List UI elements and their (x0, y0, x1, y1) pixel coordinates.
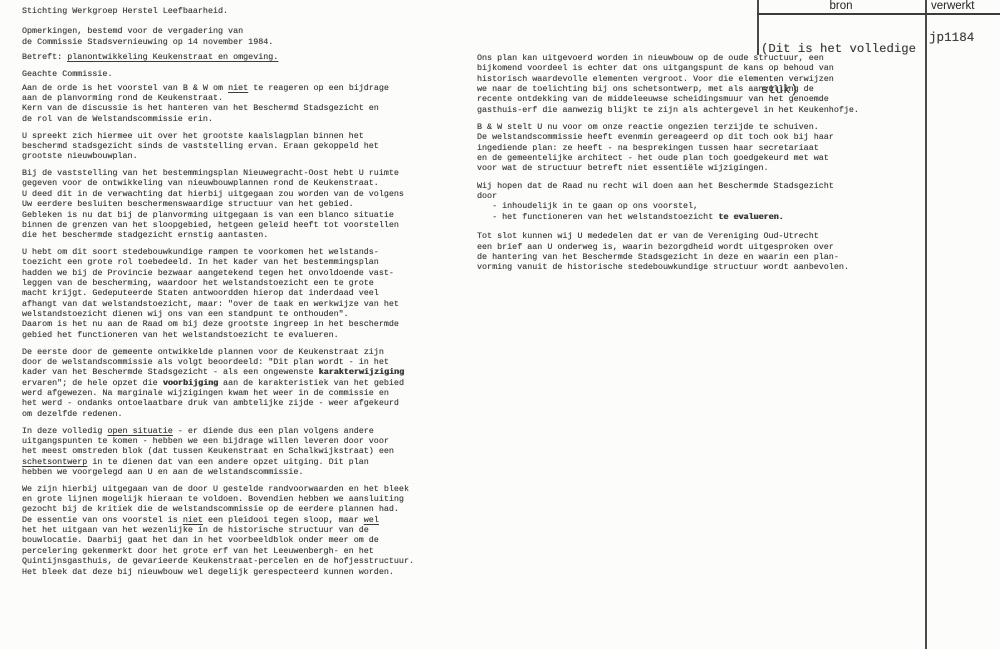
letter-text-line: en de gemeentelijke architect - het oude… (477, 153, 917, 163)
letter-text-line: grootste nieuwbouwplan. (22, 151, 472, 161)
salutation: Geachte Commissie. (22, 69, 472, 79)
letter-text-line: om dezelfde redenen. (22, 409, 472, 419)
letter-text-line: de rol van de Welstandscommissie erin. (22, 114, 472, 124)
letter-text-line: door (477, 191, 917, 201)
letter-text-line: hebben we voorgelegd aan U en aan de wel… (22, 467, 472, 477)
paragraph-6: In deze volledig open situatie - er dien… (22, 426, 472, 478)
paragraph-7: We zijn hierbij uitgegaan van de door U … (22, 484, 472, 577)
paragraph-1: Aan de orde is het voorstel van B & W om… (22, 83, 472, 124)
letter-text-line: voor wat de structuur betreft niet essen… (477, 163, 917, 173)
letter-text-line: beschermd stadsgezicht sinds de vaststel… (22, 141, 472, 151)
letter-text-line: We zijn hierbij uitgegaan van de door U … (22, 484, 472, 494)
letter-text-line: gebied het functioneren van het welstand… (22, 330, 472, 340)
scanned-letter-page: Stichting Werkgroep Herstel Leefbaarheid… (0, 0, 1000, 649)
letter-text-line: binnen de grenzen van het sloopgebied, h… (22, 220, 472, 230)
letter-text-line: vorming vanuit de historische stedebouwk… (477, 262, 917, 272)
letter-text-line: Stichting Werkgroep Herstel Leefbaarheid… (22, 6, 472, 16)
letter-text-line: aan de planvorming rond de Keukenstraat. (22, 93, 472, 103)
letter-text-line: - inhoudelijk in te gaan op ons voorstel… (477, 201, 917, 211)
letter-text-line: de hantering van het Beschermde Stadsgez… (477, 252, 917, 262)
letter-text-line: Opmerkingen, bestemd voor de vergadering… (22, 26, 472, 36)
letter-text-line: U spreekt zich hiermee uit over het groo… (22, 131, 472, 141)
letter-text-line: door de welstandscommissie als volgt beo… (22, 357, 472, 367)
letter-text-line: De welstandscommissie heeft evenmin gere… (477, 132, 917, 142)
letter-text-line: Bij de vaststelling van het bestemmingsp… (22, 168, 472, 178)
bron-column-header: bron (757, 0, 925, 13)
paragraph-5: De eerste door de gemeente ontwikkelde p… (22, 347, 472, 419)
letter-text-line: Aan de orde is het voorstel van B & W om… (22, 83, 472, 93)
letter-text-line: afhangt van dat welstandstoezicht, maar:… (22, 299, 472, 309)
letter-text-line: welstandstoezicht dienen wij ons van een… (22, 309, 472, 319)
sender-line: Stichting Werkgroep Herstel Leefbaarheid… (22, 6, 472, 16)
letter-text-line: Wij hopen dat de Raad nu recht wil doen … (477, 181, 917, 191)
letter-text-line: het meest omstreden blok (dat tussen Keu… (22, 446, 472, 456)
letter-text-line: bouwlocatie. Daarbij gaat het dan in het… (22, 535, 472, 545)
bron-cell-value-line2: stuk) (761, 84, 916, 98)
letter-text-line: gegeven voor de ontwikkeling van nieuwbo… (22, 178, 472, 188)
letter-text-line: ervaren"; de hele opzet die voorbijging … (22, 378, 472, 388)
bron-cell-value-line1: (Dit is het volledige (761, 43, 916, 57)
paragraph-10: Wij hopen dat de Raad nu recht wil doen … (477, 181, 917, 222)
letter-text-line: een brief aan U onderweg is, waarin bezo… (477, 242, 917, 252)
remarks-heading: Opmerkingen, bestemd voor de vergadering… (22, 26, 472, 47)
letter-text-line: - het functioneren van het welstandstoez… (477, 212, 917, 222)
letter-text-line: het werd - ondanks ontoelaatbare druk va… (22, 398, 472, 408)
letter-text-line: hadden we bij de Provincie bezwaar aange… (22, 268, 472, 278)
letter-text-line: Tot slot kunnen wij U mededelen dat er v… (477, 231, 917, 241)
letter-text-line: De eerste door de gemeente ontwikkelde p… (22, 347, 472, 357)
paragraph-4: U hebt om dit soort stedebouwkundige ram… (22, 247, 472, 340)
letter-text-line: schetsontwerp in te dienen dat van een a… (22, 457, 472, 467)
letter-text-line: Betreft: planontwikkeling Keukenstraat e… (22, 52, 472, 62)
letter-text-line: ingediende plan: ze heeft - na besprekin… (477, 143, 917, 153)
letter-text-line: Geachte Commissie. (22, 69, 472, 79)
form-header-underline (757, 13, 1000, 15)
bron-cell-value: (Dit is het volledige stuk) (761, 16, 916, 124)
letter-text-line: Het bleek dat deze bij nieuwbouw wel deg… (22, 567, 472, 577)
verwerkt-column-header: verwerkt (931, 0, 974, 13)
subject-line: Betreft: planontwikkeling Keukenstraat e… (22, 52, 472, 62)
form-column-divider-line (925, 0, 927, 649)
letter-text-line: de Commissie Stadsvernieuwing op 14 nove… (22, 37, 472, 47)
letter-text-line: U deed dit in de verwachting dat hierbij… (22, 189, 472, 199)
letter-text-line: Gebleken is nu dat bij de planvorming ui… (22, 210, 472, 220)
letter-text-line: percelering gekenmerkt door het grote er… (22, 546, 472, 556)
letter-text-line: In deze volledig open situatie - er dien… (22, 426, 472, 436)
letter-text-line: Kern van de discussie is het hanteren va… (22, 103, 472, 113)
letter-text-line: Quintijnsgasthuis, de gevarieerde Keuken… (22, 556, 472, 566)
paragraph-9: B & W stelt U nu voor om onze reactie on… (477, 122, 917, 174)
letter-text-line: U hebt om dit soort stedebouwkundige ram… (22, 247, 472, 257)
paragraph-3: Bij de vaststelling van het bestemmingsp… (22, 168, 472, 240)
paragraph-2: U spreekt zich hiermee uit over het groo… (22, 131, 472, 162)
letter-text-line: en grote lijnen mogelijk hieraan te vold… (22, 494, 472, 504)
letter-text-line: leggen van de bescherming, waardoor het … (22, 278, 472, 288)
letter-text-line: macht krijgt. Gedeputeerde Staten antwoo… (22, 288, 472, 298)
letter-text-line: Uw eerdere besluiten beschermenswaardige… (22, 199, 472, 209)
letter-text-line: werd afgewezen. Na marginale wijzigingen… (22, 388, 472, 398)
letter-text-line: De essentie van ons voorstel is niet een… (22, 515, 472, 525)
letter-text-line: Daarom is het nu aan de Raad om bij deze… (22, 319, 472, 329)
paragraph-11: Tot slot kunnen wij U mededelen dat er v… (477, 231, 917, 272)
letter-text-line: die het beschermde stadgezicht ernstig a… (22, 230, 472, 240)
letter-left-column: Stichting Werkgroep Herstel Leefbaarheid… (22, 6, 472, 577)
verwerkt-cell-value: jp1184 (929, 31, 974, 45)
letter-text-line: gezocht bij de kritiek die de welstandsc… (22, 504, 472, 514)
letter-text-line: het het uitgaan van het wezenlijke in de… (22, 525, 472, 535)
letter-text-line: uitgangspunten te komen - hebben we een … (22, 436, 472, 446)
letter-text-line: kader van het Beschermde Stadsgezicht - … (22, 367, 472, 377)
letter-text-line: toezicht een grote rol toebedeeld. In he… (22, 257, 472, 267)
